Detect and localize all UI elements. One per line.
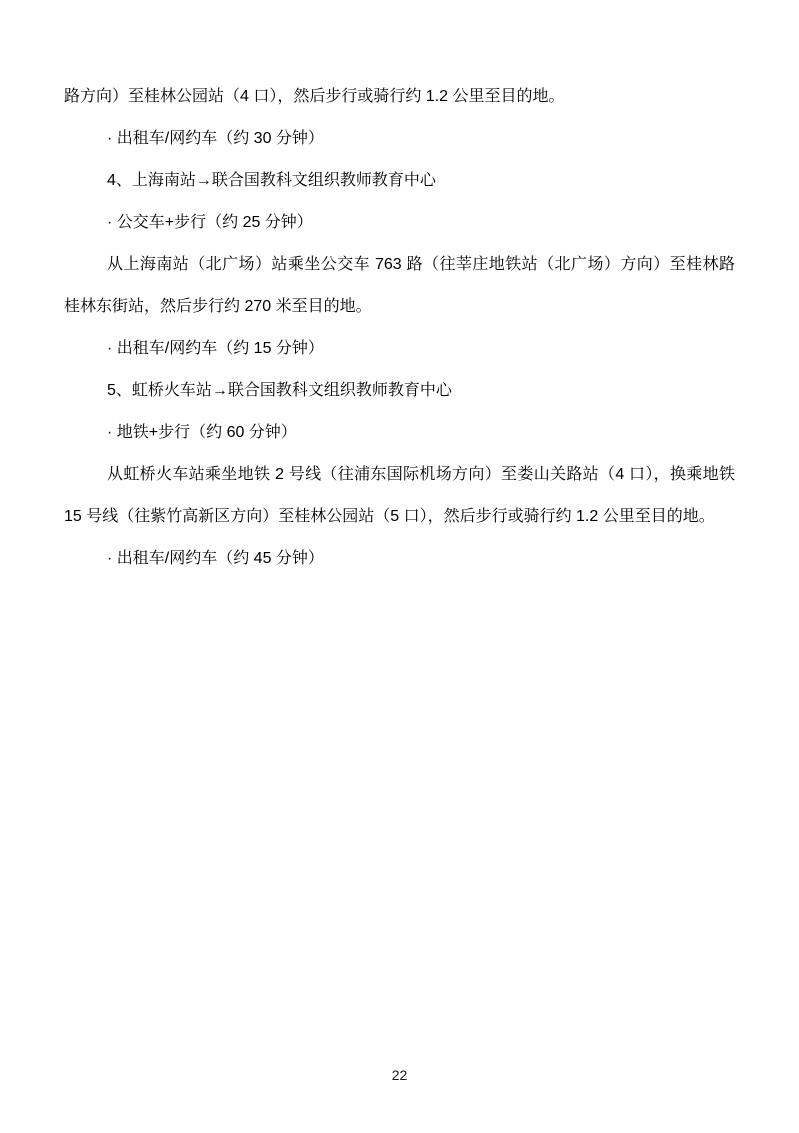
section-heading: 4、上海南站→联合国教科文组织教师教育中心 xyxy=(64,160,735,202)
document-body: 路方向）至桂林公园站（4 口），然后步行或骑行约 1.2 公里至目的地。 · 出… xyxy=(64,76,735,580)
body-text-line: 路方向）至桂林公园站（4 口），然后步行或骑行约 1.2 公里至目的地。 xyxy=(64,76,735,118)
body-text-line: 从上海南站（北广场）站乘坐公交车 763 路（往莘庄地铁站（北广场）方向）至桂林… xyxy=(64,244,735,286)
page-number: 22 xyxy=(392,1067,408,1083)
bullet-item: · 地铁+步行（约 60 分钟） xyxy=(64,412,735,454)
page-footer: 22 xyxy=(0,1067,799,1083)
document-page: 路方向）至桂林公园站（4 口），然后步行或骑行约 1.2 公里至目的地。 · 出… xyxy=(0,0,799,1133)
bullet-item: · 出租车/网约车（约 15 分钟） xyxy=(64,328,735,370)
body-text-line: 桂林东街站，然后步行约 270 米至目的地。 xyxy=(64,286,735,328)
bullet-item: · 公交车+步行（约 25 分钟） xyxy=(64,202,735,244)
body-text-line: 15 号线（往紫竹高新区方向）至桂林公园站（5 口），然后步行或骑行约 1.2 … xyxy=(64,496,735,538)
bullet-item: · 出租车/网约车（约 30 分钟） xyxy=(64,118,735,160)
section-heading: 5、虹桥火车站→联合国教科文组织教师教育中心 xyxy=(64,370,735,412)
body-text-line: 从虹桥火车站乘坐地铁 2 号线（往浦东国际机场方向）至娄山关路站（4 口），换乘… xyxy=(64,454,735,496)
bullet-item: · 出租车/网约车（约 45 分钟） xyxy=(64,538,735,580)
